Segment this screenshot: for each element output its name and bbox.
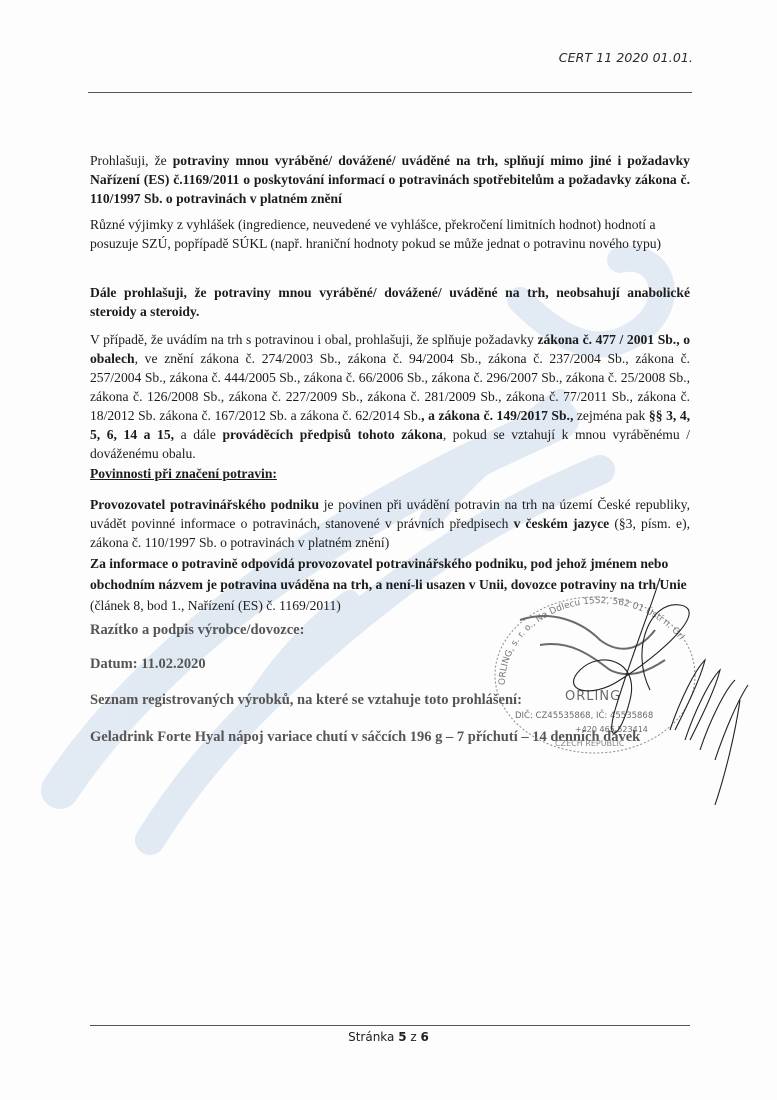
p4-text-1: V případě, že uvádím na trh s potravinou… <box>90 332 537 347</box>
p1-lead-text: Prohlašuji, že <box>90 153 173 168</box>
operator-obligation-paragraph: Provozovatel potravinářského podniku je … <box>90 495 690 552</box>
p4-bold-2: , a zákona č. 149/2017 Sb., <box>421 408 573 423</box>
p2-text: Různé výjimky z vyhlášek (ingredience, n… <box>90 215 690 253</box>
p4-bold-4: prováděcích předpisů tohoto zákona <box>222 427 442 442</box>
p4-text-4: a dále <box>174 427 222 442</box>
of-word: z <box>410 1030 416 1044</box>
p6-bold-1: Provozovatel potravinářského podniku <box>90 497 319 512</box>
stamp-company-name: ORLING <box>565 689 621 704</box>
steroids-declaration: Dále prohlašuji, že potraviny mnou vyráb… <box>90 283 690 321</box>
p4-text-3: zejména pak <box>573 408 649 423</box>
current-page-number: 5 <box>398 1030 406 1044</box>
page-word: Stránka <box>348 1030 394 1044</box>
p7-bold-1: Za informace o potravině odpovídá provoz… <box>90 556 687 592</box>
certificate-reference: CERT 11 2020 01.01. <box>559 50 693 65</box>
declaration-paragraph-1: Prohlašuji, že potraviny mnou vyráběné/ … <box>90 151 690 208</box>
document-page: CERT 11 2020 01.01. Prohlašuji, že potra… <box>0 0 777 1100</box>
p6-bold-2: v českém jazyce <box>514 516 610 531</box>
registered-products-label: Seznam registrovaných výrobků, na které … <box>90 692 522 709</box>
p7-text-1: (článek 8, bod 1., Nařízení (ES) č. 1169… <box>90 598 341 613</box>
total-pages-number: 6 <box>421 1030 429 1044</box>
responsibility-paragraph: Za informace o potravině odpovídá provoz… <box>90 553 690 616</box>
footer-divider <box>90 1025 690 1026</box>
labeling-heading-block: Povinnosti při značení potravin: <box>90 464 690 483</box>
stamp-ids: DIČ: CZ45535868, IČ: 45535868 <box>515 709 653 721</box>
header-divider <box>88 92 692 93</box>
exceptions-paragraph: Různé výjimky z vyhlášek (ingredience, n… <box>90 215 690 253</box>
labeling-heading: Povinnosti při značení potravin: <box>90 466 277 481</box>
p3-bold-text: Dále prohlašuji, že potraviny mnou vyráb… <box>90 285 690 319</box>
stamp-signature-label: Razítko a podpis výrobce/dovozce: <box>90 622 304 639</box>
page-indicator: Stránka 5 z 6 <box>0 1030 777 1044</box>
date-line: Datum: 11.02.2020 <box>90 656 206 673</box>
p1-bold-text: potraviny mnou vyráběné/ dovážené/ uvádě… <box>90 153 690 206</box>
registered-product-item: Geladrink Forte Hyal nápoj variace chutí… <box>90 729 640 746</box>
packaging-paragraph: V případě, že uvádím na trh s potravinou… <box>90 330 690 463</box>
